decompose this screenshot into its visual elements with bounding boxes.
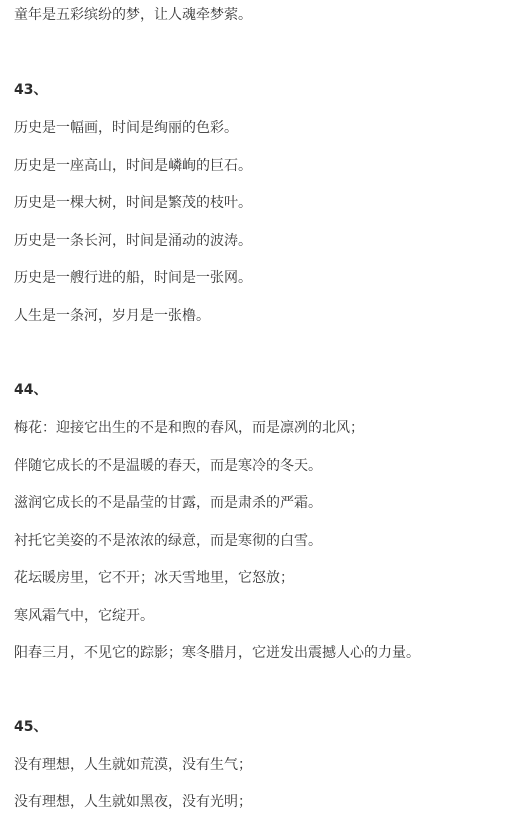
paragraph-line: 伴随它成长的不是温暖的春天，而是寒冷的冬天。 xyxy=(14,456,322,476)
paragraph-line: 历史是一幅画，时间是绚丽的色彩。 xyxy=(14,118,238,138)
paragraph-line: 历史是一座高山，时间是嶙峋的巨石。 xyxy=(14,156,252,176)
paragraph-line: 阳春三月，不见它的踪影；寒冬腊月，它迸发出震撼人心的力量。 xyxy=(14,643,420,663)
paragraph-line: 历史是一棵大树，时间是繁茂的枝叶。 xyxy=(14,193,252,213)
paragraph-line: 梅花：迎接它出生的不是和煦的春风，而是凛冽的北风； xyxy=(14,418,364,438)
paragraph-line: 没有理想，人生就如荒漠，没有生气； xyxy=(14,755,252,775)
paragraph-line: 历史是一条长河，时间是涌动的波涛。 xyxy=(14,231,252,251)
paragraph-line: 花坛暖房里，它不开；冰天雪地里，它怒放； xyxy=(14,568,294,588)
paragraph-line: 没有理想，人生就如黑夜，没有光明； xyxy=(14,792,252,812)
intro-line: 童年是五彩缤纷的梦，让人魂牵梦萦。 xyxy=(14,5,252,25)
section-number-43: 43、 xyxy=(14,80,47,100)
paragraph-line: 寒风霜气中，它绽开。 xyxy=(14,606,154,626)
paragraph-line: 滋润它成长的不是晶莹的甘露，而是肃杀的严霜。 xyxy=(14,493,322,513)
section-number-44: 44、 xyxy=(14,380,47,400)
paragraph-line: 历史是一艘行进的船，时间是一张网。 xyxy=(14,268,252,288)
section-number-45: 45、 xyxy=(14,717,47,737)
paragraph-line: 人生是一条河，岁月是一张橹。 xyxy=(14,306,210,326)
paragraph-line: 衬托它美姿的不是浓浓的绿意，而是寒彻的白雪。 xyxy=(14,531,322,551)
